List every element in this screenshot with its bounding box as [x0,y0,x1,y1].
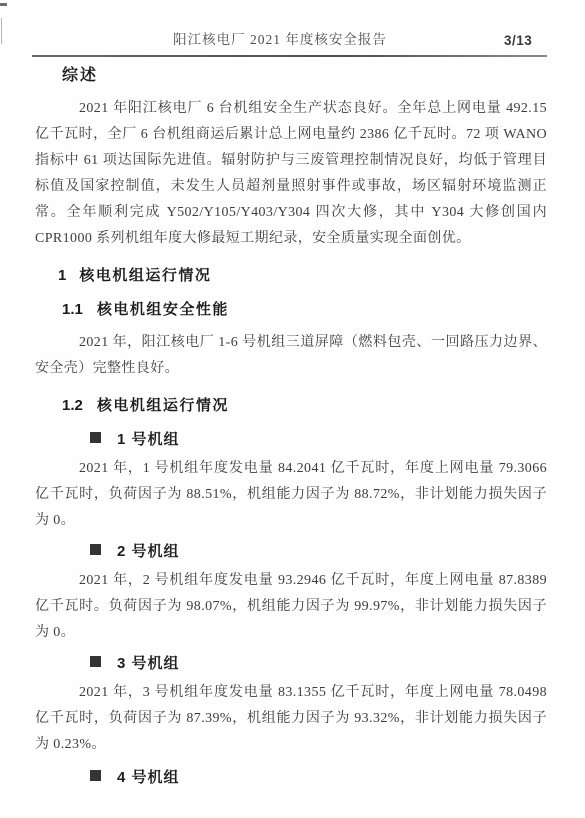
section-1-title: 核电机组运行情况 [79,267,211,284]
unit-3-paragraph: 2021 年，3 号机组年度发电量 83.1355 亿千瓦时，年度上网电量 78… [35,680,547,758]
page-number: 3/13 [504,33,532,48]
section-1-2-heading: 1.2核电机组运行情况 [62,396,547,416]
section-1-1-title: 核电机组安全性能 [97,301,229,318]
report-body: 综述 2021 年阳江核电厂 6 台机组安全生产状态良好。全年总上网电量 492… [35,62,547,788]
unit-2-heading: 2 号机组 [90,542,547,562]
report-header-title: 阳江核电厂 2021 年度核安全报告 [0,28,560,48]
square-bullet-icon [90,770,101,781]
section-1-1-paragraph: 2021 年，阳江核电厂 1-6 号机组三道屏障（燃料包壳、一回路压力边界、安全… [35,330,547,382]
section-1-2-number: 1.2 [62,397,83,414]
section-1-2-title: 核电机组运行情况 [97,397,229,414]
square-bullet-icon [90,544,101,555]
unit-3-label: 3 号机组 [117,655,180,672]
square-bullet-icon [90,432,101,443]
unit-1-label: 1 号机组 [117,431,180,448]
section-1-heading: 1核电机组运行情况 [58,266,547,286]
unit-4-heading: 4 号机组 [90,768,547,788]
overview-paragraph: 2021 年阳江核电厂 6 台机组安全生产状态良好。全年总上网电量 492.15… [35,96,547,252]
unit-2-paragraph: 2021 年，2 号机组年度发电量 93.2946 亿千瓦时，年度上网电量 87… [35,568,547,646]
square-bullet-icon [90,656,101,667]
unit-1-heading: 1 号机组 [90,430,547,450]
section-1-1-number: 1.1 [62,301,83,318]
unit-1-paragraph: 2021 年，1 号机组年度发电量 84.2041 亿千瓦时，年度上网电量 79… [35,456,547,534]
overview-heading: 综述 [62,66,547,86]
header-divider [32,55,547,57]
report-page: 阳江核电厂 2021 年度核安全报告 3/13 综述 2021 年阳江核电厂 6… [0,0,585,818]
section-1-1-heading: 1.1核电机组安全性能 [62,300,547,320]
unit-3-heading: 3 号机组 [90,654,547,674]
unit-4-label: 4 号机组 [117,769,180,786]
section-1-number: 1 [58,267,66,284]
scan-artifact-dash [0,3,7,6]
unit-2-label: 2 号机组 [117,543,180,560]
